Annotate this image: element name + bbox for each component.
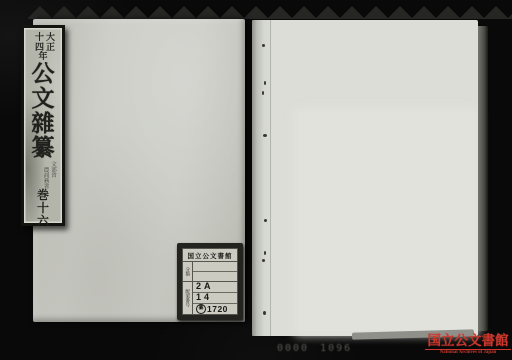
call-number-sticker: 国立公文書館 分類 配架番号 2A 14 纂 1720: [177, 243, 243, 320]
volume-char: 六: [37, 215, 49, 228]
ministry-right: 文部省: [50, 161, 56, 189]
volume-title: 公 文 雜 纂: [32, 62, 55, 161]
spine-title-label: 十四 大正 年 公 文 雜 纂 農商務省 文部省 巻 十 六: [21, 25, 65, 226]
blank-right-page: [252, 20, 478, 336]
era-date: 十四 大正 年: [33, 32, 53, 62]
call-number-card: 国立公文書館 分類 配架番号 2A 14 纂 1720: [182, 248, 238, 315]
serrated-cloth-edge: [28, 3, 512, 19]
national-archives-stamp: 国立公文書館 National Archives of Japan: [424, 334, 512, 355]
era-name: 大正: [44, 32, 53, 52]
frame-number-group2: 1096: [320, 343, 352, 354]
classification-row: [193, 262, 237, 272]
page-crease: [270, 20, 271, 336]
shelf-row-1: 2A: [193, 282, 237, 293]
title-char: 纂: [32, 136, 55, 161]
shelf-number-value: 1720: [207, 305, 228, 314]
stitch-hole: [262, 91, 264, 95]
shelf-row-3: 纂 1720: [193, 304, 237, 314]
ministry-left: 農商務省: [42, 167, 48, 189]
stitch-hole: [262, 259, 265, 262]
sticker-archive-name: 国立公文書館: [183, 249, 237, 262]
stamp-title: 国立公文書館: [424, 334, 512, 349]
page-stack-fore-edge: [478, 26, 488, 331]
shelf-number-section: 配架番号 2A 14 纂 1720: [183, 281, 237, 314]
stitch-hole: [262, 44, 265, 47]
frame-number: 0000 1096: [277, 343, 352, 354]
era-year-number: 十四: [33, 32, 42, 52]
title-char: 公: [32, 62, 55, 87]
archive-scan: 十四 大正 年 公 文 雜 纂 農商務省 文部省 巻 十 六 国立公文書館 分類: [0, 0, 512, 360]
page-impression: [298, 112, 475, 331]
volume-number: 巻 十 六: [37, 189, 49, 227]
stitch-hole: [264, 251, 266, 255]
stitch-hole: [263, 134, 267, 137]
ministry-annotation: 農商務省 文部省: [42, 161, 55, 189]
stamp-subtitle: National Archives of Japan: [424, 350, 512, 355]
stitch-hole: [264, 81, 266, 85]
classification-section: 分類: [183, 262, 237, 281]
stitch-hole: [263, 311, 266, 315]
classification-label: 分類: [185, 267, 190, 276]
title-char: 雜: [32, 112, 55, 137]
volume-char: 十: [37, 202, 49, 215]
shelf-row-2: 14: [193, 293, 237, 304]
title-char: 文: [32, 87, 55, 112]
circled-series-char: 纂: [196, 304, 206, 314]
shelf-number-label: 配架番号: [185, 289, 190, 307]
stitch-hole: [264, 219, 267, 222]
classification-row: [193, 272, 237, 281]
frame-number-group1: 0000: [277, 343, 309, 354]
